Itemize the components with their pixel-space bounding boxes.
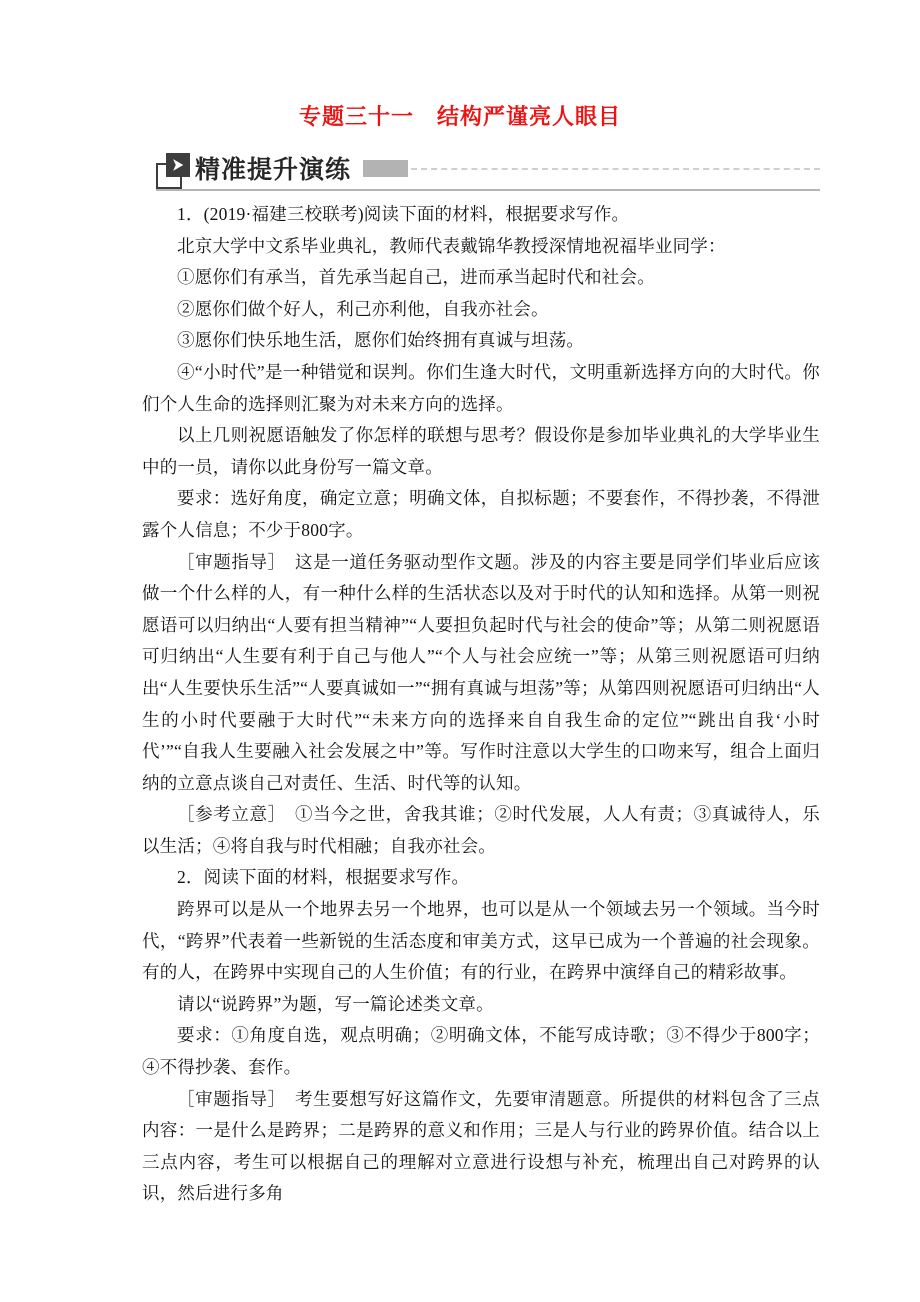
- paragraph-material-2: 跨界可以是从一个地界去另一个地界，也可以是从一个领域去另一个领域。当今时代，“跨…: [142, 894, 820, 989]
- document-body: 1．(2019·福建三校联考)阅读下面的材料，根据要求写作。 北京大学中文系毕业…: [142, 199, 820, 1210]
- paragraph-guidance-2: ［审题指导］ 考生要想写好这篇作文，先要审清题意。所提供的材料包含了三点内容：一…: [142, 1084, 820, 1210]
- paragraph-reference-ideas: ［参考立意］ ①当今之世，舍我其谁；②时代发展，人人有责；③真诚待人，乐以生活；…: [142, 799, 820, 862]
- paragraph-wish-2: ②愿你们做个好人，利己亦利他，自我亦社会。: [142, 294, 820, 326]
- section-header: 精准提升演练: [156, 147, 820, 191]
- paragraph-wish-3: ③愿你们快乐地生活，愿你们始终拥有真诚与坦荡。: [142, 325, 820, 357]
- play-arrow-icon: [166, 153, 190, 177]
- paragraph-requirements-1: 要求：选好角度，确定立意；明确文体，自拟标题；不要套作，不得抄袭，不得泄露个人信…: [142, 483, 820, 546]
- page-title: 专题三十一 结构严谨亮人眼目: [0, 0, 920, 133]
- section-header-label: 精准提升演练: [195, 150, 351, 186]
- header-dotted-rule: [411, 168, 820, 170]
- paragraph-exercise-1: 1．(2019·福建三校联考)阅读下面的材料，根据要求写作。: [142, 199, 820, 231]
- paragraph-task-2: 请以“说跨界”为题，写一篇论述类文章。: [142, 989, 820, 1021]
- paragraph-material-intro: 北京大学中文系毕业典礼，教师代表戴锦华教授深情地祝福毕业同学：: [142, 231, 820, 263]
- paragraph-requirements-2: 要求：①角度自选，观点明确；②明确文体，不能写成诗歌；③不得少于800字；④不得…: [142, 1020, 820, 1083]
- document-page: 专题三十一 结构严谨亮人眼目 精准提升演练 1．(2019·福建三校联考)阅读下…: [0, 0, 920, 1302]
- paragraph-exercise-2: 2．阅读下面的材料，根据要求写作。: [142, 862, 820, 894]
- paragraph-wish-1: ①愿你们有承当，首先承当起自己，进而承当起时代和社会。: [142, 262, 820, 294]
- arrow-square-icon: [156, 153, 192, 191]
- paragraph-wish-4: ④“小时代”是一种错觉和误判。你们生逢大时代，文明重新选择方向的大时代。你们个人…: [142, 357, 820, 420]
- paragraph-task: 以上几则祝愿语触发了你怎样的联想与思考？假设你是参加毕业典礼的大学毕业生中的一员…: [142, 420, 820, 483]
- header-decoration-box: [363, 160, 408, 177]
- paragraph-guidance-1: ［审题指导］ 这是一道任务驱动型作文题。涉及的内容主要是同学们毕业后应该做一个什…: [142, 547, 820, 800]
